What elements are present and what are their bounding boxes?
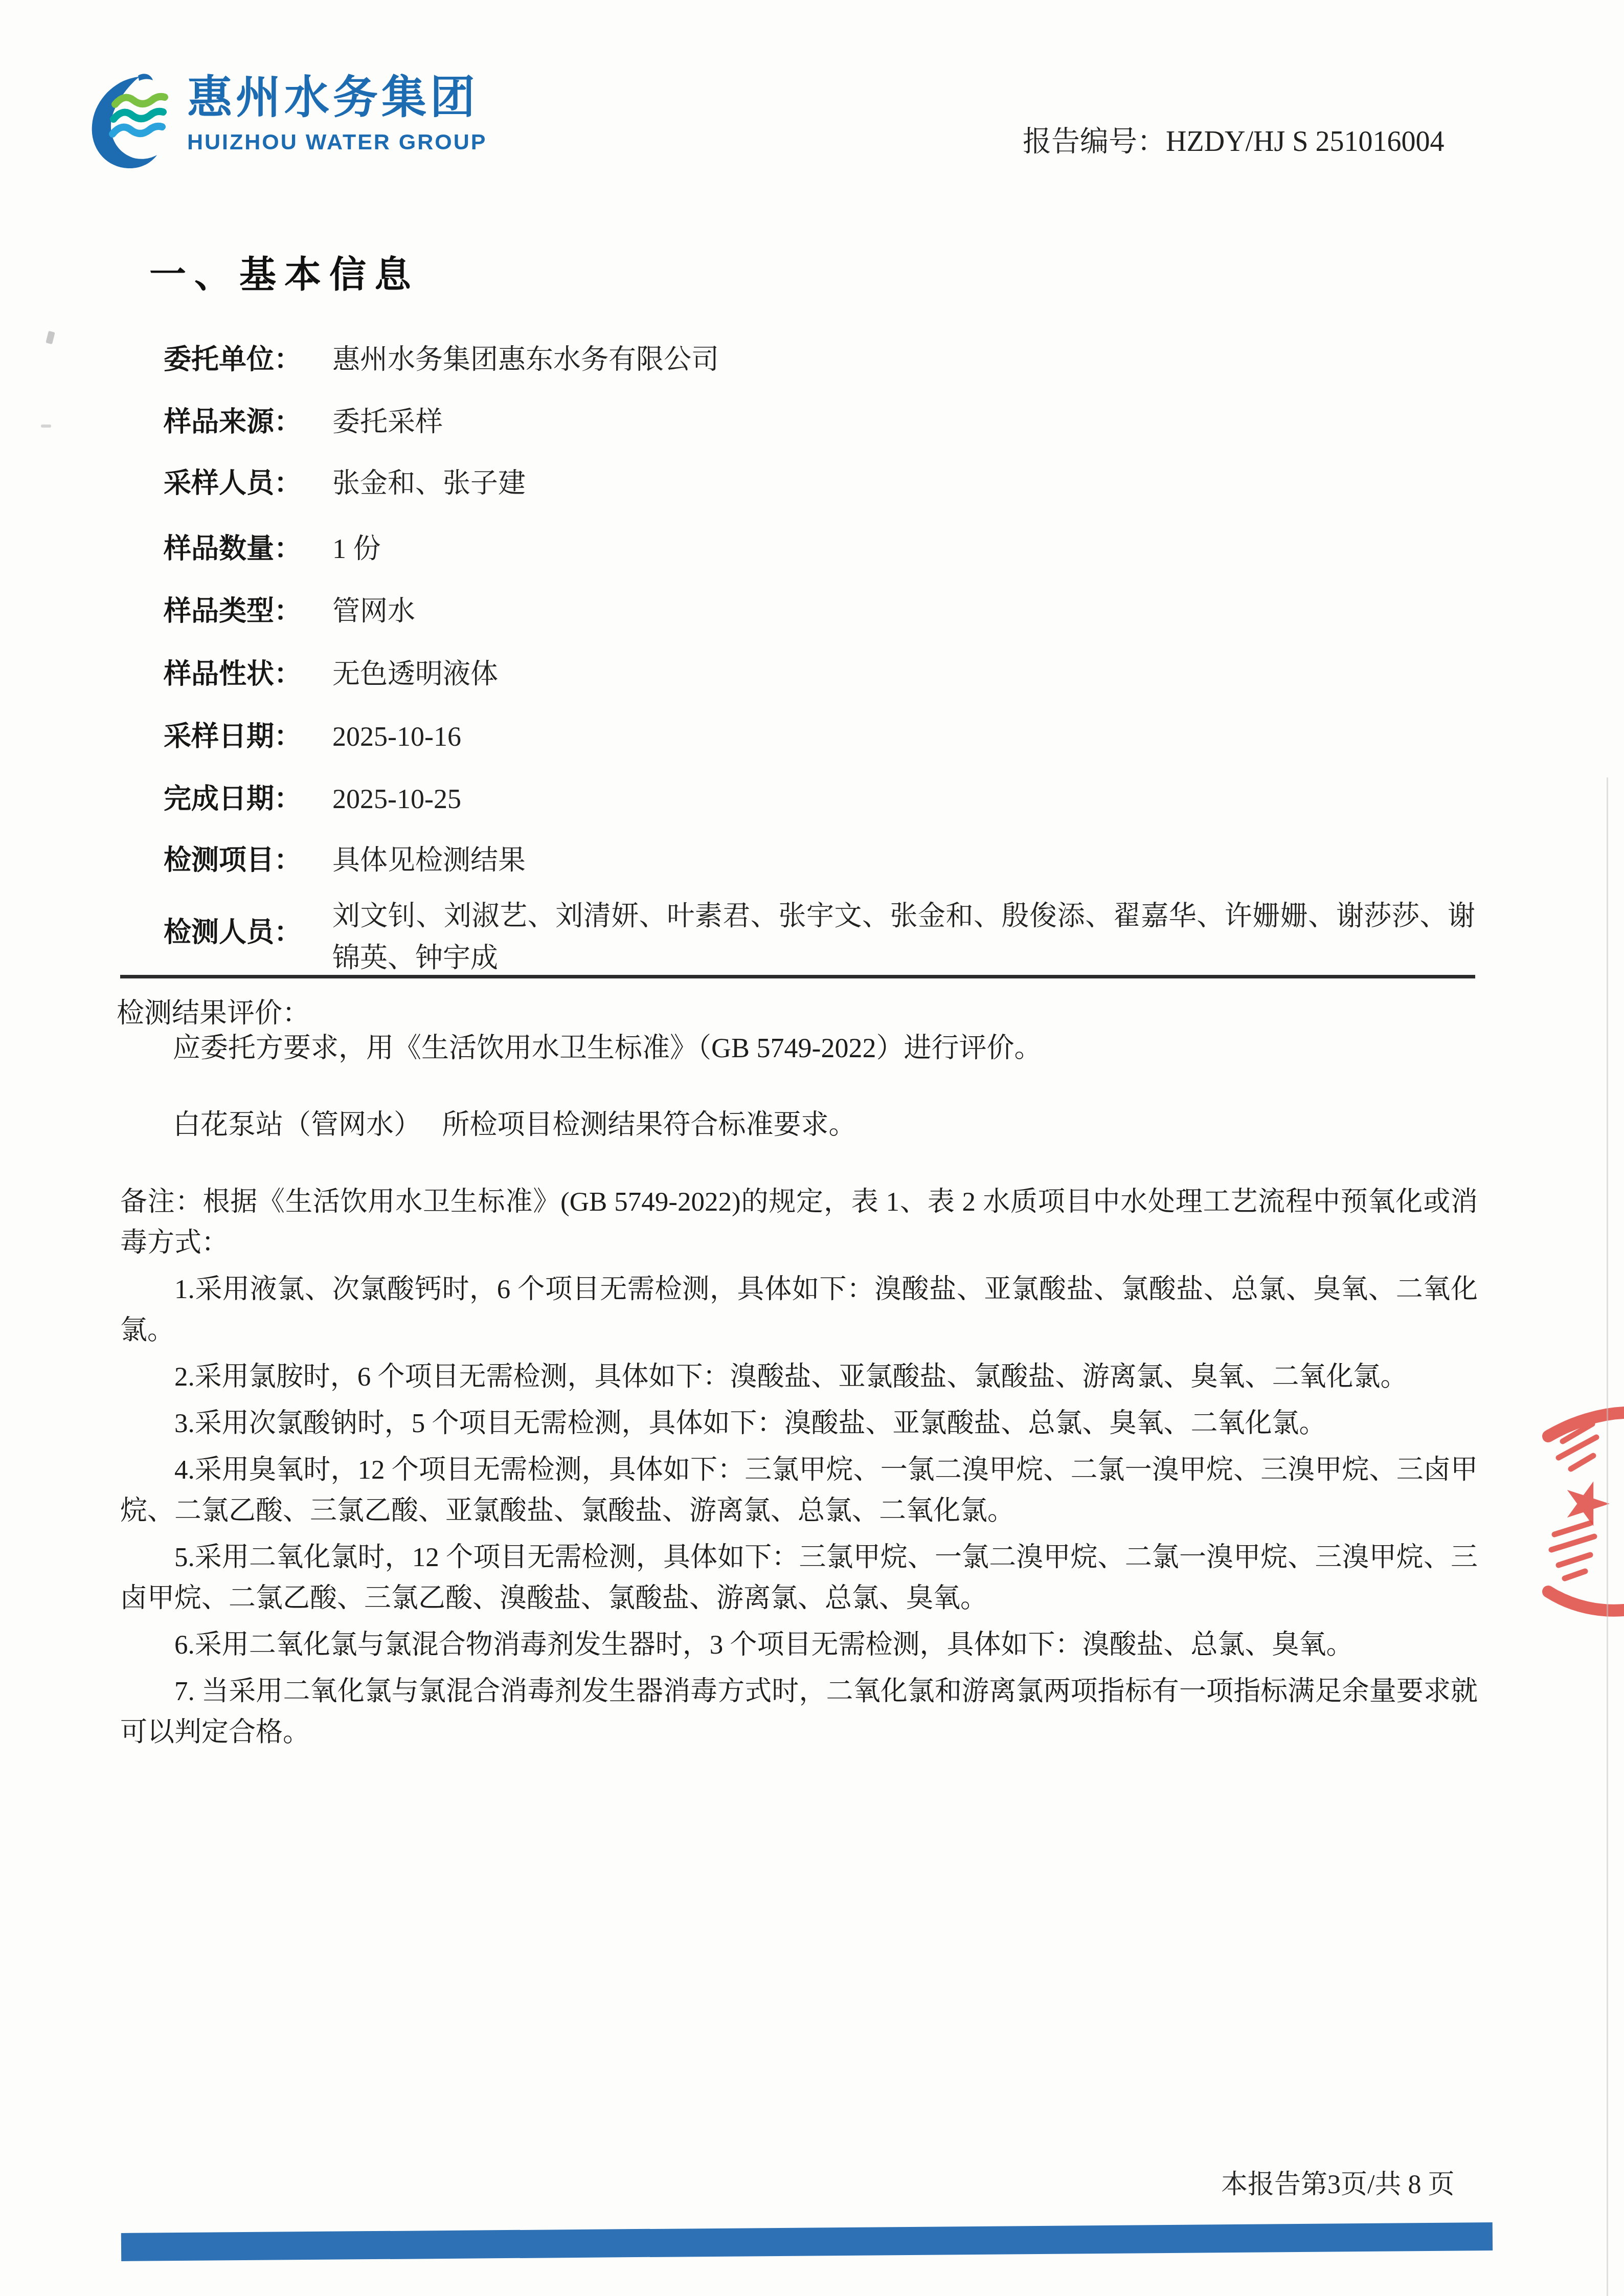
logo-name-en: HUIZHOU WATER GROUP <box>187 129 487 155</box>
info-label: 完成日期： <box>164 782 332 816</box>
scan-speck <box>46 331 55 344</box>
info-value: 刘文钊、刘淑艺、刘清妍、叶素君、张宇文、张金和、殷俊添、翟嘉华、许姗姗、谢莎莎、… <box>332 895 1475 979</box>
info-row-testers: 检测人员： 刘文钊、刘淑艺、刘清妍、叶素君、张宇文、张金和、殷俊添、翟嘉华、许姗… <box>164 895 1478 979</box>
report-page: 惠州水务集团 HUIZHOU WATER GROUP 报告编号：HZDY/HJ … <box>0 0 1624 2296</box>
remark-item-6: 6.采用二氧化氯与氯混合物消毒剂发生器时，3 个项目无需检测，具体如下：溴酸盐、… <box>120 1624 1478 1665</box>
scan-speck <box>41 425 51 428</box>
info-label: 采样人员： <box>164 466 332 500</box>
info-value: 管网水 <box>332 594 415 628</box>
info-row-sample-count: 样品数量： 1 份 <box>164 532 1478 566</box>
remarks-block: 备注：根据《生活饮用水卫生标准》(GB 5749-2022)的规定，表 1、表 … <box>120 1182 1478 1753</box>
logo-text: 惠州水务集团 HUIZHOU WATER GROUP <box>187 72 487 155</box>
evaluation-label: 检测结果评价： <box>117 991 310 1031</box>
info-row-completion-date: 完成日期： 2025-10-25 <box>164 782 1478 816</box>
info-label: 样品类型： <box>164 594 332 628</box>
info-row-samplers: 采样人员： 张金和、张子建 <box>164 466 1478 500</box>
company-logo: 惠州水务集团 HUIZHOU WATER GROUP <box>87 72 487 171</box>
info-value: 委托采样 <box>332 405 443 439</box>
section-divider-line <box>120 975 1475 978</box>
info-label: 样品数量： <box>164 532 332 566</box>
footer-page-number: 本报告第3页/共 8 页 <box>1221 2163 1454 2201</box>
remark-item-3: 3.采用次氯酸钠时，5 个项目无需检测，具体如下：溴酸盐、亚氯酸盐、总氯、臭氧、… <box>120 1403 1478 1444</box>
info-row-test-items: 检测项目： 具体见检测结果 <box>164 843 1478 877</box>
remark-item-4: 4.采用臭氧时，12 个项目无需检测，具体如下：三氯甲烷、一氯二溴甲烷、二氯一溴… <box>120 1450 1478 1531</box>
info-value: 具体见检测结果 <box>332 843 526 877</box>
report-number-value: HZDY/HJ S 251016004 <box>1166 126 1444 158</box>
report-number: 报告编号：HZDY/HJ S 251016004 <box>1023 119 1444 160</box>
info-row-client: 委托单位： 惠州水务集团惠东水务有限公司 <box>164 343 1478 376</box>
info-label: 样品来源： <box>164 405 332 439</box>
info-value: 惠州水务集团惠东水务有限公司 <box>332 343 719 376</box>
info-value: 2025-10-16 <box>332 720 461 753</box>
info-value: 1 份 <box>332 532 381 566</box>
info-row-sample-appearance: 样品性状： 无色透明液体 <box>164 657 1478 691</box>
report-number-label: 报告编号： <box>1023 126 1166 158</box>
info-value: 张金和、张子建 <box>332 466 526 500</box>
scan-edge-line <box>1607 777 1608 2296</box>
remark-item-1: 1.采用液氯、次氯酸钙时，6 个项目无需检测，具体如下：溴酸盐、亚氯酸盐、氯酸盐… <box>120 1269 1478 1351</box>
info-label: 样品性状： <box>164 657 332 691</box>
info-label: 检测项目： <box>164 843 332 877</box>
info-row-sample-source: 样品来源： 委托采样 <box>164 405 1478 439</box>
remark-item-7: 7. 当采用二氧化氯与氯混合消毒剂发生器消毒方式时，二氧化氯和游离氯两项指标有一… <box>120 1671 1478 1753</box>
info-row-sampling-date: 采样日期： 2025-10-16 <box>164 720 1478 753</box>
info-value: 2025-10-25 <box>332 782 461 816</box>
evaluation-standard-line: 应委托方要求，用《生活饮用水卫生标准》（GB 5749-2022）进行评价。 <box>173 1026 1042 1065</box>
remark-item-5: 5.采用二氧化氯时，12 个项目无需检测，具体如下：三氯甲烷、一氯二溴甲烷、二氯… <box>120 1537 1478 1619</box>
info-value: 无色透明液体 <box>332 657 498 691</box>
logo-name-cn: 惠州水务集团 <box>187 72 487 123</box>
section-title: 一、基本信息 <box>149 244 419 298</box>
info-label: 采样日期： <box>164 720 332 753</box>
info-label: 检测人员： <box>164 895 332 949</box>
footer-blue-bar <box>121 2222 1493 2261</box>
remarks-intro: 备注：根据《生活饮用水卫生标准》(GB 5749-2022)的规定，表 1、表 … <box>120 1182 1478 1263</box>
red-seal-stamp-fragment <box>1529 1381 1624 1637</box>
info-row-sample-type: 样品类型： 管网水 <box>164 594 1478 628</box>
remark-item-2: 2.采用氯胺时，6 个项目无需检测，具体如下：溴酸盐、亚氯酸盐、氯酸盐、游离氯、… <box>120 1356 1478 1397</box>
info-label: 委托单位： <box>164 343 332 376</box>
evaluation-conclusion-line: 白花泵站（管网水） 所检项目检测结果符合标准要求。 <box>173 1103 856 1142</box>
water-waves-logo-icon <box>87 72 174 171</box>
